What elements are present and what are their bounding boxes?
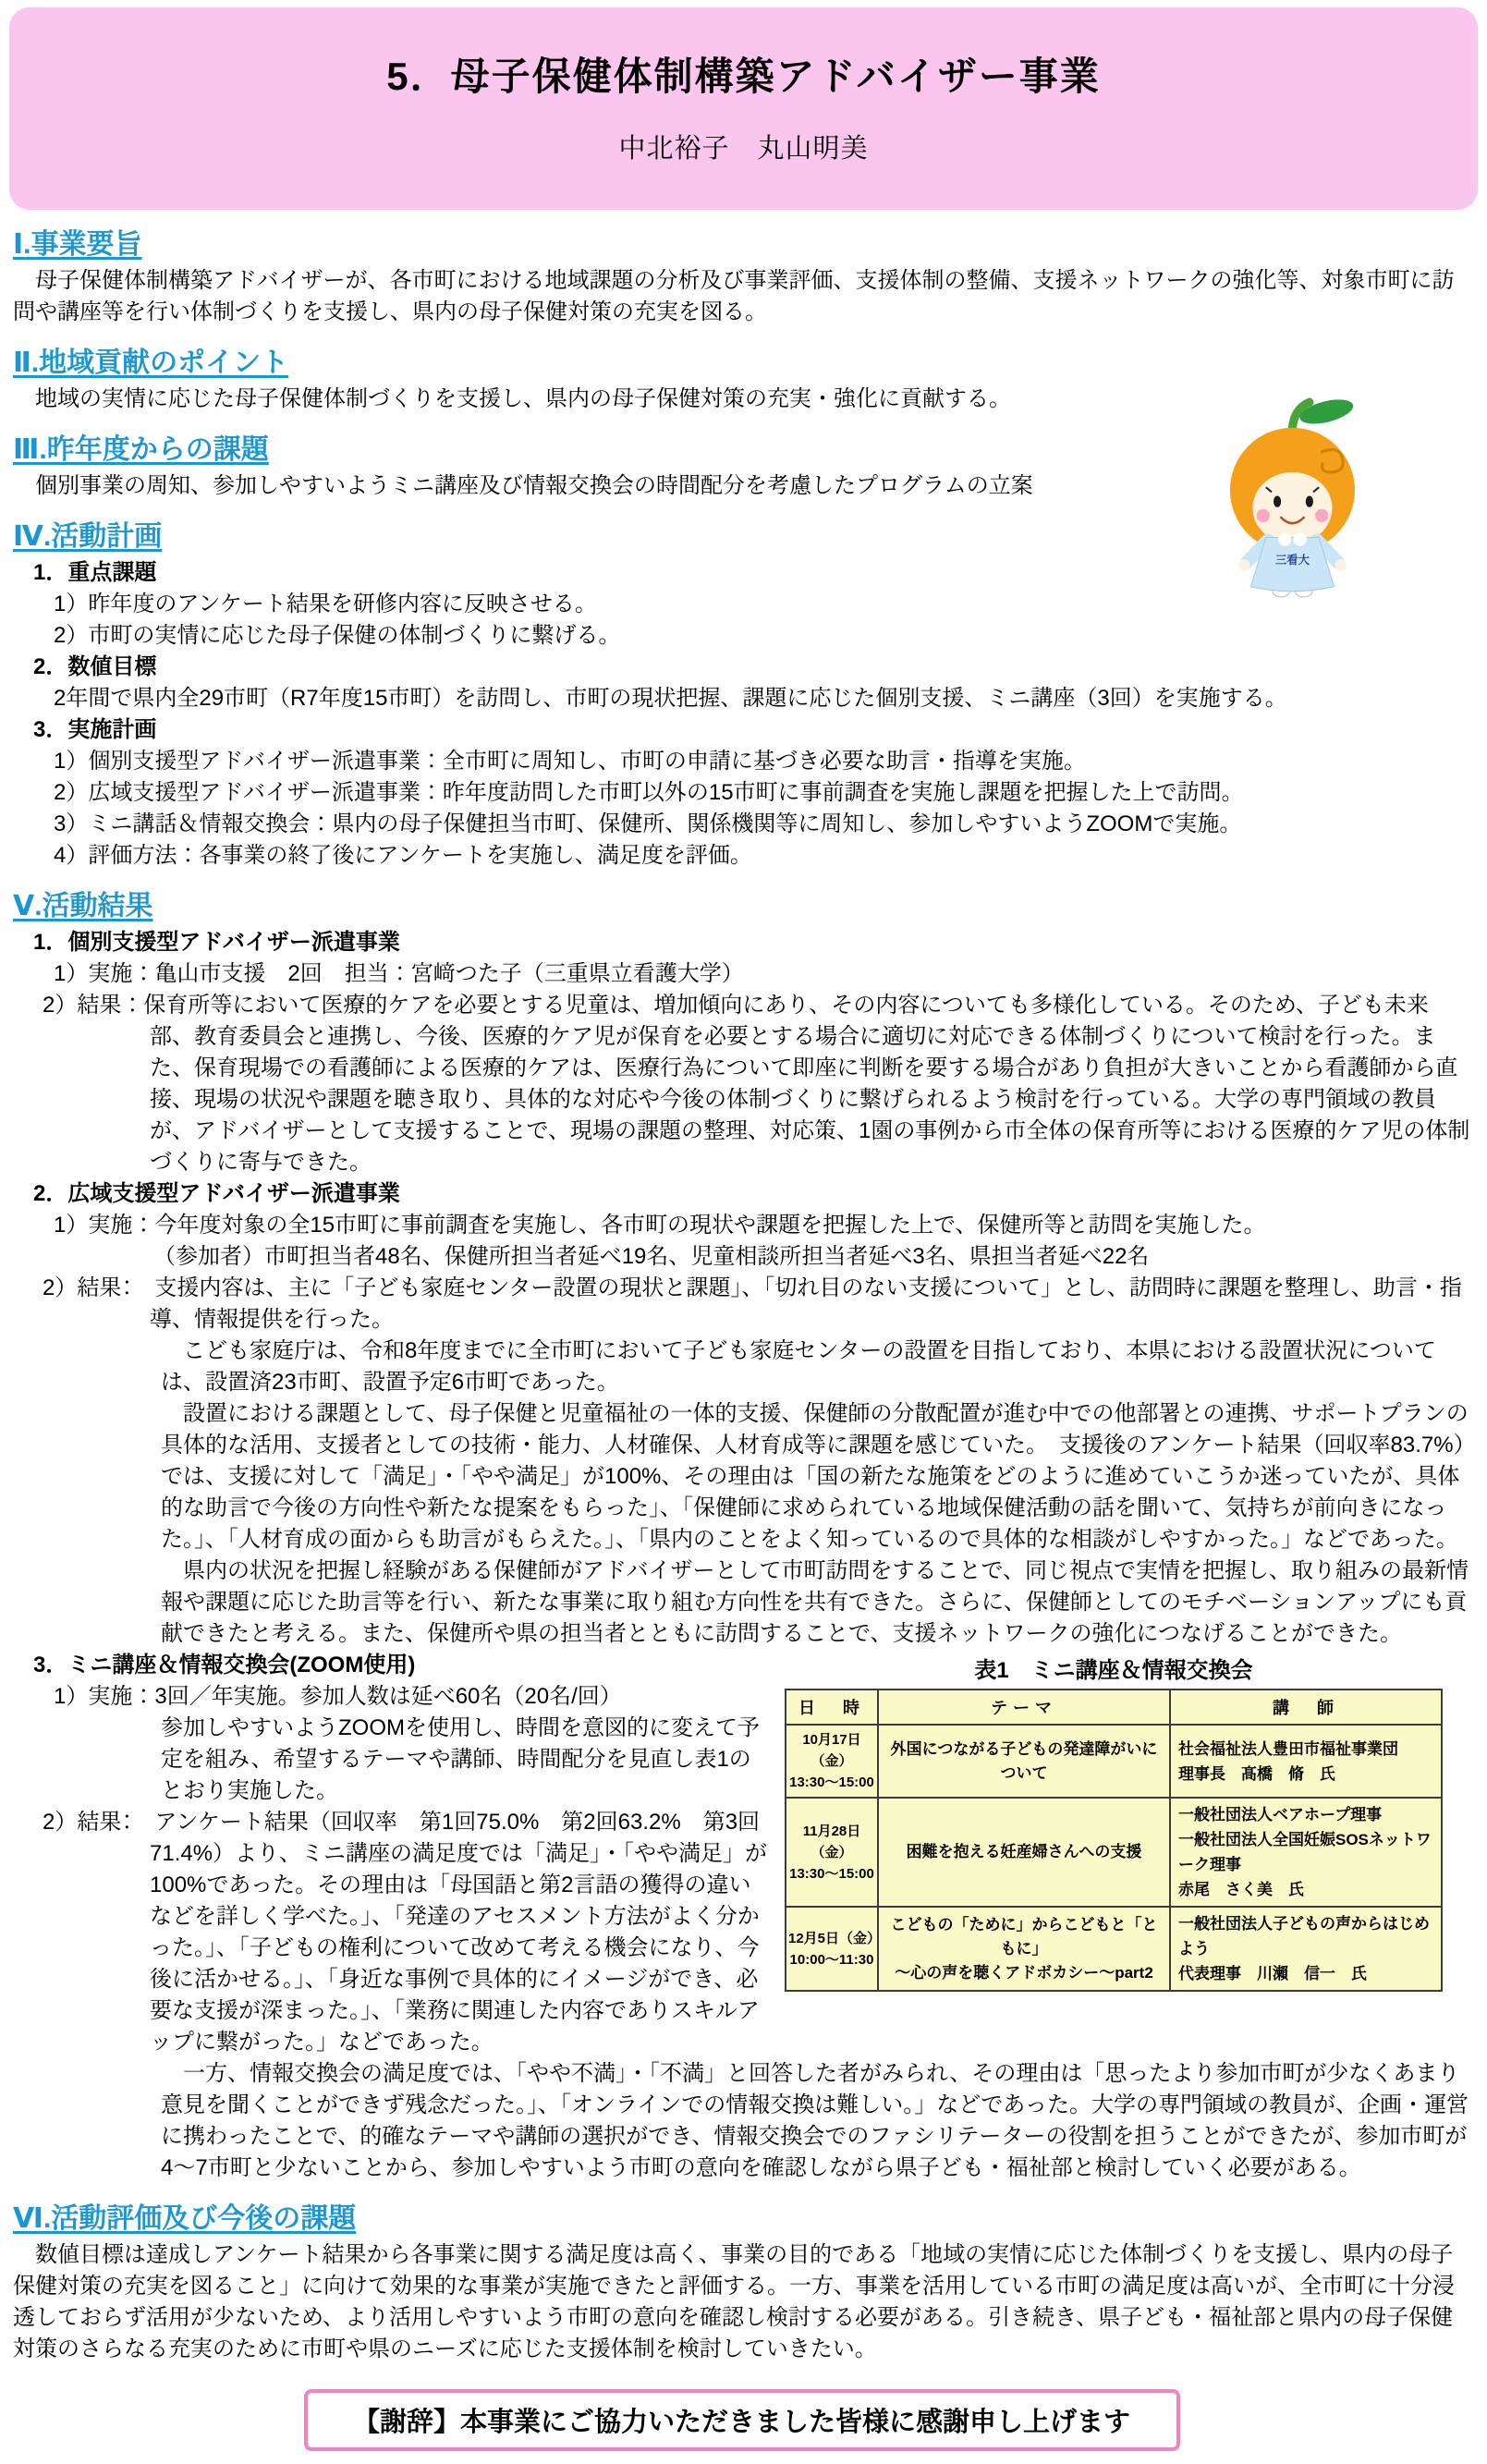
table-row-3: 12月5日（金）10:00～11:30 こどもの「ために」からこどもと「ともに」… [786,1907,1442,1991]
s4-item-3: 1）個別支援型アドバイザー派遣事業：全市町に周知し、市町の申請に基づき必要な助言… [13,746,1470,777]
s4-target-text: 2年間で県内全29市町（R7年度15市町）を訪問し、市町の現状把握、課題に応じた… [13,683,1470,714]
s4-subheading-2: 2．数値目標 [13,652,1470,683]
row3-theme: こどもの「ために」からこどもと「ともに」～心の声を聴くアドボカシー～part2 [878,1907,1170,1991]
s4-item-4: 2）広域支援型アドバイザー派遣事業：昨年度訪問した市町以外の15市町に事前調査を… [13,777,1470,809]
row1-datetime: 10月17日（金）13:30～15:00 [786,1725,878,1798]
mascot-hand-left [1238,559,1249,570]
mascot-collar-left [1278,532,1291,545]
mascot-cheek-left [1257,509,1270,522]
col-header-datetime: 日 時 [786,1689,878,1725]
mascot-eye-right [1306,495,1313,506]
section-6-text: 数値目標は達成しアンケート結果から各事業に関する満足度は高く、事業の目的である「… [13,2239,1470,2365]
table-1-caption: 表1 ミニ講座＆情報交換会 [785,1652,1443,1684]
mini-lecture-schedule-table: 日 時 テーマ 講 師 10月17日（金）13:30～15:00 外国につながる… [785,1689,1443,1992]
s5-sub2-result-3: 設置における課題として、母子保健と児童福祉の一体的支援、保健師の分散配置が進む中… [13,1398,1470,1555]
s5-sub2-implementation: 1）実施：今年度対象の全15市町に事前調査を実施し、各市町の現状や課題を把握した… [13,1210,1470,1241]
col-header-lecturer: 講 師 [1170,1689,1442,1725]
section-6-heading: Ⅵ.活動評価及び今後の課題 [13,2195,1470,2236]
section-5-heading: Ⅴ.活動結果 [13,883,1470,923]
mascot-face [1252,472,1332,544]
row3-datetime: 12月5日（金）10:00～11:30 [786,1907,878,1991]
section-5-sub3-with-table: 表1 ミニ講座＆情報交換会 日 時 テーマ 講 師 10月17日（金）13:30… [13,1650,1470,2184]
page-title: 5．母子保健体制構築アドバイザー事業 [9,46,1478,102]
s5-sub2-result-4: 県内の状況を把握し経験がある保健師がアドバイザーとして市町訪問をすることで、同じ… [13,1555,1470,1650]
mascot-hand-right [1335,559,1347,570]
table-1-block: 表1 ミニ講座＆情報交換会 日 時 テーマ 講 師 10月17日（金）13:30… [785,1652,1443,1992]
table-row-2: 11月28日（金）13:30～15:00 困難を抱える妊産婦さんへの支援 一般社… [786,1798,1442,1907]
s5-sub3-result-2: 一方、情報交換会の満足度では、「やや不満」・「不満」と回答した者がみられ、その理… [13,2058,1470,2184]
s4-item-6: 4）評価方法：各事業の終了後にアンケートを実施し、満足度を評価。 [13,840,1470,872]
s5-sub1-result: 2）結果：保育所等において医療的ケアを必要とする児童は、増加傾向にあり、その内容… [13,990,1470,1178]
section-1-text: 母子保健体制構築アドバイザーが、各市町における地域課題の分析及び事業評価、支援体… [13,265,1470,328]
section-1-heading: Ⅰ.事業要旨 [13,221,1470,262]
authors: 中北裕子 丸山明美 [9,128,1478,165]
table-header-row: 日 時 テーマ 講 師 [786,1689,1442,1725]
row2-theme: 困難を抱える妊産婦さんへの支援 [878,1798,1170,1907]
acknowledgement-box: 【謝辞】本事業にご協力いただきました皆様に感謝申し上げます [304,2389,1180,2451]
row2-datetime: 11月28日（金）13:30～15:00 [786,1798,878,1907]
s5-sub2-result-2: こども家庭庁は、令和8年度までに全市町において子ども家庭センターの設置を目指して… [13,1336,1470,1398]
s4-item-2: 2）市町の実情に応じた母子保健の体制づくりに繋げる。 [13,620,1470,652]
title-banner: 5．母子保健体制構築アドバイザー事業 中北裕子 丸山明美 [9,7,1478,210]
col-header-theme: テーマ [878,1689,1170,1725]
s5-sub2-heading: 2．広域支援型アドバイザー派遣事業 [13,1178,1470,1210]
section-2-heading: Ⅱ.地域貢献のポイント [13,339,1470,380]
s5-sub1-heading: 1．個別支援型アドバイザー派遣事業 [13,927,1470,958]
mascot-cheek-right [1315,509,1328,522]
row1-lecturer: 社会福祉法人豊田市福祉事業団理事長 髙橋 脩 氏 [1170,1725,1442,1798]
row3-lecturer: 一般社団法人子どもの声からはじめよう代表理事 川瀨 信一 氏 [1170,1907,1442,1991]
acknowledgement-text: 【謝辞】本事業にご協力いただきました皆様に感謝申し上げます [353,2408,1130,2437]
s4-item-5: 3）ミニ講話＆情報交換会：県内の母子保健担当市町、保健所、関係機関等に周知し、参… [13,809,1470,840]
row1-theme: 外国につながる子どもの発達障がいについて [878,1725,1170,1798]
s5-sub2-participants: （参加者）市町担当者48名、保健所担当者延べ19名、児童相談所担当者延べ3名、県… [13,1241,1470,1273]
mascot-chest-label: 三看大 [1275,553,1310,567]
table-row-1: 10月17日（金）13:30～15:00 外国につながる子どもの発達障がいについ… [786,1725,1442,1798]
s5-sub1-implementation: 1）実施：亀山市支援 2回 担当：宮﨑つた子（三重県立看護大学） [13,958,1470,990]
row2-lecturer: 一般社団法人ベアホープ理事一般社団法人全国妊娠SOSネットワーク理事赤尾 さく美… [1170,1798,1442,1907]
s5-sub2-result-1: 2）結果： 支援内容は、主に「子ども家庭センター設置の現状と課題」、「切れ目のな… [13,1273,1470,1336]
report-page: 5．母子保健体制構築アドバイザー事業 中北裕子 丸山明美 Ⅰ.事業要旨 母子保健… [0,7,1487,2451]
mikan-mascot-icon: 三看大 [1209,396,1380,599]
mascot-eye-left [1274,495,1281,506]
mascot-collar-right [1293,532,1306,545]
s4-subheading-3: 3．実施計画 [13,714,1470,746]
